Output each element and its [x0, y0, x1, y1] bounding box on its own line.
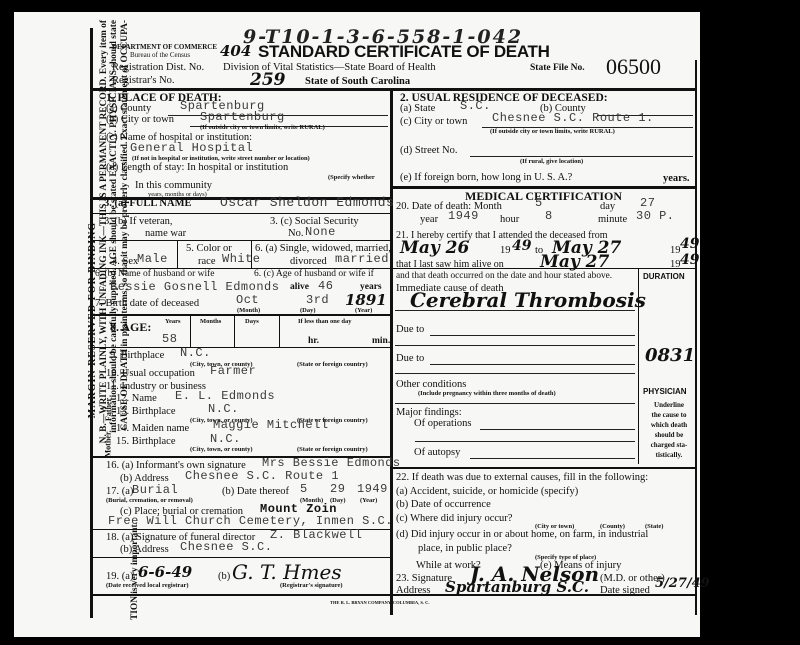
- hour-value: 8: [545, 209, 553, 223]
- father-name-label: 12. Name: [116, 393, 157, 404]
- occupation-value: Farmer: [210, 364, 256, 378]
- burial-label: 17. (a): [106, 486, 133, 497]
- county-label: (a) County: [106, 103, 151, 114]
- external-d-label2: place, in public place?: [418, 543, 512, 554]
- veteran-sub: name war: [145, 228, 186, 239]
- burial-place-line2: Free Will Church Cemetery, Inmen S.C.: [108, 514, 393, 528]
- res-street-label: (d) Street No.: [400, 145, 457, 156]
- findings-label: Major findings:: [396, 407, 462, 418]
- dept-label: DEPARTMENT OF COMMERCE: [112, 43, 217, 51]
- external-c-label: (c) Where did injury occur?: [396, 513, 512, 524]
- external-b-label: (b) Date of occurrence: [396, 499, 491, 510]
- spouse-value: Bessie Gosnell Edmonds: [110, 280, 279, 294]
- burial-note: (Burial, cremation, or removal): [106, 497, 193, 504]
- occupation-label: 10. Usual occupation: [106, 368, 195, 379]
- attended-from-19: 19: [500, 245, 511, 256]
- ssn-value: None: [305, 225, 336, 239]
- res-city-value: Chesnee S.C. Route 1.: [492, 111, 654, 125]
- sex-value: Male: [137, 252, 168, 266]
- community-label: In this community: [135, 180, 212, 191]
- hour-label: hour: [500, 214, 519, 225]
- mother-name-value: Maggie Mitchell: [213, 418, 329, 432]
- mother-city-note: (City, town, or county): [190, 446, 253, 453]
- certificate-title: STANDARD CERTIFICATE OF DEATH: [258, 42, 550, 62]
- registrar-sig-value: G. T. Hmes: [232, 560, 342, 584]
- stay-note: (Specify whether: [328, 174, 375, 181]
- hospital-note: (If not in hospital or institution, writ…: [132, 155, 310, 162]
- external-a-label: (a) Accident, suicide, or homicide (spec…: [396, 486, 578, 497]
- state-label: State of South Carolina: [305, 76, 410, 87]
- marital-value: married: [335, 252, 389, 266]
- age-years-label: Years: [165, 318, 181, 325]
- res-city-label: (c) City or town: [400, 116, 467, 127]
- minute-label: minute: [598, 214, 627, 225]
- stay-label: (d) Length of stay: In hospital or insti…: [106, 162, 288, 173]
- spouse-age-value: 46: [318, 279, 333, 293]
- father-side-label: Father: [104, 398, 113, 421]
- external-causes-heading: 22. If death was due to external causes,…: [396, 472, 648, 483]
- age-less-label: If less than one day: [298, 318, 351, 325]
- mother-birthplace-label: 15. Birthplace: [116, 436, 175, 447]
- registrar-number: 259: [250, 70, 286, 90]
- burial-year-note: (Year): [360, 497, 377, 504]
- burial-year: 1949: [357, 482, 388, 496]
- veteran-label: 3. (b) If veteran,: [104, 216, 173, 227]
- reg-dist-label: Registration Dist. No.: [112, 62, 204, 73]
- age-label: 8. AGE:: [110, 320, 151, 335]
- age-days-label: Days: [245, 318, 259, 325]
- burial-month: 5: [300, 482, 308, 496]
- dod-day-label: day: [600, 201, 615, 212]
- burial-day: 29: [330, 482, 345, 496]
- spouse-alive-label: alive: [290, 282, 309, 292]
- res-city-note: (If outside city or town limits, write R…: [490, 128, 615, 135]
- informant-sig-value: Mrs Bessie Edmonds: [262, 456, 401, 470]
- attended-from-year: 49: [512, 238, 531, 254]
- city-value: Spartenburg: [200, 110, 285, 124]
- res-foreign-suffix: years.: [663, 173, 690, 184]
- date-signed-label: Date signed: [600, 585, 650, 596]
- informant-address-value: Chesnee S.C. Route 1: [185, 469, 339, 483]
- dod-month: 5: [535, 196, 543, 210]
- center-divider: [390, 88, 393, 615]
- dod-year: 1949: [448, 209, 479, 223]
- header-divider: [90, 88, 697, 91]
- birth-month: Oct: [236, 293, 259, 307]
- spouse-age-label: 6. (c) Age of husband or wife if: [254, 269, 374, 279]
- received-note: (Date received local registrar): [106, 582, 189, 589]
- physician-note: Underline the cause to which death shoul…: [643, 400, 695, 460]
- birthplace-label: 9. Birthplace: [110, 350, 164, 361]
- received-label: 19. (a): [106, 571, 133, 582]
- bureau-label: Bureau of the Census: [130, 51, 190, 59]
- due-to-2-label: Due to: [396, 353, 424, 364]
- other-conditions-note: (Include pregnancy within three months o…: [418, 390, 556, 397]
- dod-year-label: year: [420, 214, 438, 225]
- burial-date-label: (b) Date thereof: [222, 486, 289, 497]
- full-name-value: Oscar Sheldon Edmonds: [220, 195, 394, 210]
- received-value: 6-6-49: [138, 563, 192, 581]
- physician-sig-label: 23. Signature: [396, 573, 452, 584]
- res-street-note: (If rural, give location): [520, 158, 583, 165]
- cause-value: Cerebral Thrombosis: [410, 288, 646, 312]
- due-to-1-label: Due to: [396, 324, 424, 335]
- external-d-label: (d) Did injury occur in or about home, o…: [396, 529, 648, 540]
- physician-address-value: Spartanburg S.C.: [445, 578, 589, 596]
- res-foreign-label: (e) If foreign born, how long in U. S. A…: [400, 172, 572, 183]
- binding-margin-instructions: MARGIN RESERVED FOR BINDING N. B.—WRITE …: [18, 20, 88, 620]
- state-file-number: 06500: [606, 54, 661, 80]
- attended-to-year: 49: [680, 236, 699, 252]
- birthplace-state-note: (State or foreign country): [297, 361, 368, 368]
- right-border: [695, 60, 697, 615]
- hospital-value: General Hospital: [130, 141, 253, 155]
- dod-day: 27: [640, 196, 655, 210]
- birth-day: 3rd: [306, 293, 329, 307]
- funeral-director-address-label: (b) Address: [120, 544, 169, 555]
- full-name-label: 3. (a) FULL NAME: [104, 198, 192, 209]
- age-months-label: Months: [200, 318, 221, 325]
- occurred-text: and that death occurred on the date and …: [396, 271, 612, 281]
- date-signed-value: 5/27/49: [655, 576, 710, 591]
- funeral-director-value: Z. Blackwell: [270, 528, 362, 542]
- last-saw-value: May 27: [540, 252, 609, 272]
- autopsy-label: Of autopsy: [414, 447, 460, 458]
- state-file-label: State File No.: [530, 63, 585, 73]
- marital-sub: divorced: [290, 256, 327, 267]
- physician-address-label: Address: [396, 585, 430, 596]
- year-note: (Year): [355, 307, 372, 314]
- last-saw-year: 49: [680, 252, 699, 268]
- minute-value: 30 P.: [636, 209, 675, 223]
- operations-label: Of operations: [414, 418, 471, 429]
- sex-label: 4. Sex: [112, 256, 138, 267]
- birth-date-label: 7. Birth date of deceased: [95, 298, 199, 309]
- spouse-label: 6. (b) Name of husband or wife: [95, 269, 215, 279]
- hr-label: hr.: [308, 336, 319, 346]
- registrar-sig-note: (Registrar's signature): [280, 582, 343, 589]
- duration-code: 0831: [645, 345, 695, 366]
- mother-name-label: 14. Maiden name: [116, 423, 189, 434]
- funeral-director-address-value: Chesnee S.C.: [180, 540, 272, 554]
- father-birthplace-label: 13. Birthplace: [116, 406, 175, 417]
- registrar-sig-label: (b): [218, 571, 230, 582]
- handwritten-prefix: 404: [220, 42, 251, 60]
- physician-label: PHYSICIAN: [643, 387, 687, 396]
- race-value: White: [222, 252, 261, 266]
- burial-value: Burial: [132, 483, 178, 497]
- race-label: race: [198, 256, 215, 267]
- mother-state-note: (State or foreign country): [297, 446, 368, 453]
- age-years-value: 58: [162, 332, 177, 346]
- city-note: (If outside city or town limits, write R…: [200, 124, 325, 131]
- printer-imprint: THE R. L. BRYAN COMPANY, COLUMBIA, S. C.: [330, 600, 430, 605]
- res-state-label: (a) State: [400, 103, 435, 114]
- father-name-value: E. L. Edmonds: [175, 389, 275, 403]
- mother-birthplace-value: N.C.: [210, 432, 241, 446]
- other-conditions-label: Other conditions: [396, 379, 466, 390]
- attended-from: May 26: [400, 238, 469, 258]
- ssn-sub: No.: [288, 228, 303, 239]
- city-label: (b) City or town: [106, 114, 174, 125]
- day-note: (Day): [300, 307, 316, 314]
- attended-to-19: 19: [670, 245, 681, 256]
- res-state-value: S.C.: [460, 99, 491, 113]
- registrar-label: Registrar's No.: [112, 75, 175, 86]
- birthplace-value: N.C.: [180, 346, 211, 360]
- duration-label: DURATION: [643, 272, 685, 281]
- mother-side-label: Mother: [103, 432, 112, 458]
- month-note: (Month): [237, 307, 260, 314]
- min-label: min.: [372, 336, 390, 346]
- father-birthplace-value: N.C.: [208, 402, 239, 416]
